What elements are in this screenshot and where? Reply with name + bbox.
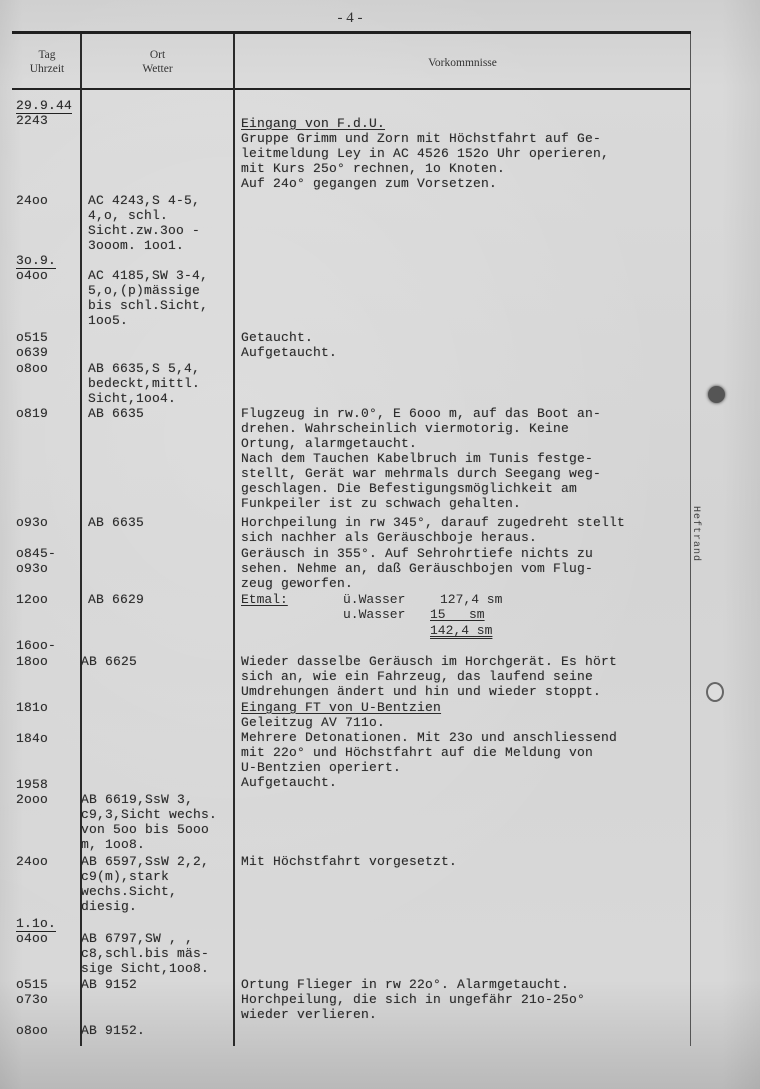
time-entry: 12oo xyxy=(16,592,48,607)
entry-text: Gruppe Grimm und Zorn mit Höchstfahrt au… xyxy=(241,131,609,191)
header-ort-label: Ort xyxy=(82,48,233,62)
time-entry: 184o xyxy=(16,731,48,746)
time-entry: o4oo xyxy=(16,268,48,283)
entry-text: Geräusch in 355°. Auf Sehrohrtiefe nicht… xyxy=(241,546,593,591)
time-entry: o845- xyxy=(16,546,56,561)
date-30-9: 3o.9. xyxy=(16,253,56,269)
header-vorkommnisse: Vorkommnisse xyxy=(235,56,690,70)
ort-wetter-entry: AB 6797,SW , , c8,schl.bis mäs- sige Sic… xyxy=(81,931,209,976)
time-entry: o819 xyxy=(16,406,48,421)
time-entry: o515 xyxy=(16,330,48,345)
entry-heading: Eingang von F.d.U. xyxy=(241,116,385,131)
entry-text: Flugzeug in rw.0°, E 6ooo m, auf das Boo… xyxy=(241,406,601,511)
time-entry: o93o xyxy=(16,515,48,530)
time-entry: 24oo xyxy=(16,193,48,208)
page-number: - 4 - xyxy=(0,10,700,27)
entry-text: Horchpeilung in rw 345°, darauf zugedreh… xyxy=(241,515,625,545)
header-bottom-rule xyxy=(12,88,691,90)
table-top-rule xyxy=(12,31,691,34)
ort-wetter-entry: AB 9152. xyxy=(81,1023,145,1038)
time-entry: o73o xyxy=(16,992,48,1007)
header-tag-uhrzeit: Tag Uhrzeit xyxy=(14,48,80,76)
entry-text: Mit Höchstfahrt vorgesetzt. xyxy=(241,854,457,869)
time-entry: 24oo xyxy=(16,854,48,869)
entry-text: Ortung Flieger in rw 22o°. Alarmgetaucht… xyxy=(241,977,585,1022)
time-entry: o4oo xyxy=(16,931,48,946)
time-entry: o639 xyxy=(16,345,48,360)
etmal-above-water-value: 127,4 sm xyxy=(440,592,502,607)
ort-wetter-entry: AB 6625 xyxy=(81,654,137,669)
header-uhrzeit-label: Uhrzeit xyxy=(14,62,80,76)
ort-wetter-entry: AC 4243,S 4-5, 4,o, schl. Sicht.zw.3oo -… xyxy=(88,193,200,253)
time-entry: o8oo xyxy=(16,1023,48,1038)
date-1-10: 1.1o. xyxy=(16,916,56,932)
entry-text: Getaucht. Aufgetaucht. xyxy=(241,330,337,360)
time-entry: 2243 xyxy=(16,113,48,128)
etmal-below-water-value: 15 sm xyxy=(430,607,485,622)
column-divider-2 xyxy=(233,34,235,1046)
date-29-9-44: 29.9.44 xyxy=(16,98,72,114)
ort-wetter-entry: AB 6597,SsW 2,2, c9(m),stark wechs.Sicht… xyxy=(81,854,209,914)
entry-text: Geleitzug AV 711o. Mehrere Detonationen.… xyxy=(241,715,617,790)
header-wetter-label: Wetter xyxy=(82,62,233,76)
time-entry: 1958 xyxy=(16,777,48,792)
ort-wetter-entry: AC 4185,SW 3-4, 5,o,(p)mässige bis schl.… xyxy=(88,268,208,328)
time-entry: 181o xyxy=(16,700,48,715)
ort-wetter-entry: AB 6635,S 5,4, bedeckt,mittl. Sicht,1oo4… xyxy=(88,361,200,406)
time-entry: o515 xyxy=(16,977,48,992)
entry-heading: Eingang FT von U-Bentzien xyxy=(241,700,441,715)
header-tag-label: Tag xyxy=(14,48,80,62)
time-entry: 18oo xyxy=(16,654,48,669)
etmal-below-water-label: u.Wasser xyxy=(343,607,405,622)
ort-wetter-entry: AB 6629 xyxy=(88,592,144,607)
entry-text: Wieder dasselbe Geräusch im Horchgerät. … xyxy=(241,654,617,699)
ort-wetter-entry: AB 6619,SsW 3, c9,3,Sicht wechs. von 5oo… xyxy=(81,792,217,852)
time-entry: o93o xyxy=(16,561,48,576)
time-entry: 16oo- xyxy=(16,638,56,653)
etmal-above-water-label: ü.Wasser xyxy=(343,592,405,607)
ort-wetter-entry: AB 9152 xyxy=(81,977,137,992)
etmal-total: 142,4 sm xyxy=(430,623,492,638)
heftrand-margin-label: Heftrand xyxy=(690,506,701,562)
etmal-label: Etmal: xyxy=(241,592,288,607)
time-entry: 2ooo xyxy=(16,792,48,807)
punch-hole-icon xyxy=(708,386,725,403)
time-entry: o8oo xyxy=(16,361,48,376)
ort-wetter-entry: AB 6635 xyxy=(88,515,144,530)
ort-wetter-entry: AB 6635 xyxy=(88,406,144,421)
punch-hole-icon xyxy=(706,682,724,702)
header-ort-wetter: Ort Wetter xyxy=(82,48,233,76)
logbook-page: - 4 - Tag Uhrzeit Ort Wetter Vorkommniss… xyxy=(0,0,760,1089)
